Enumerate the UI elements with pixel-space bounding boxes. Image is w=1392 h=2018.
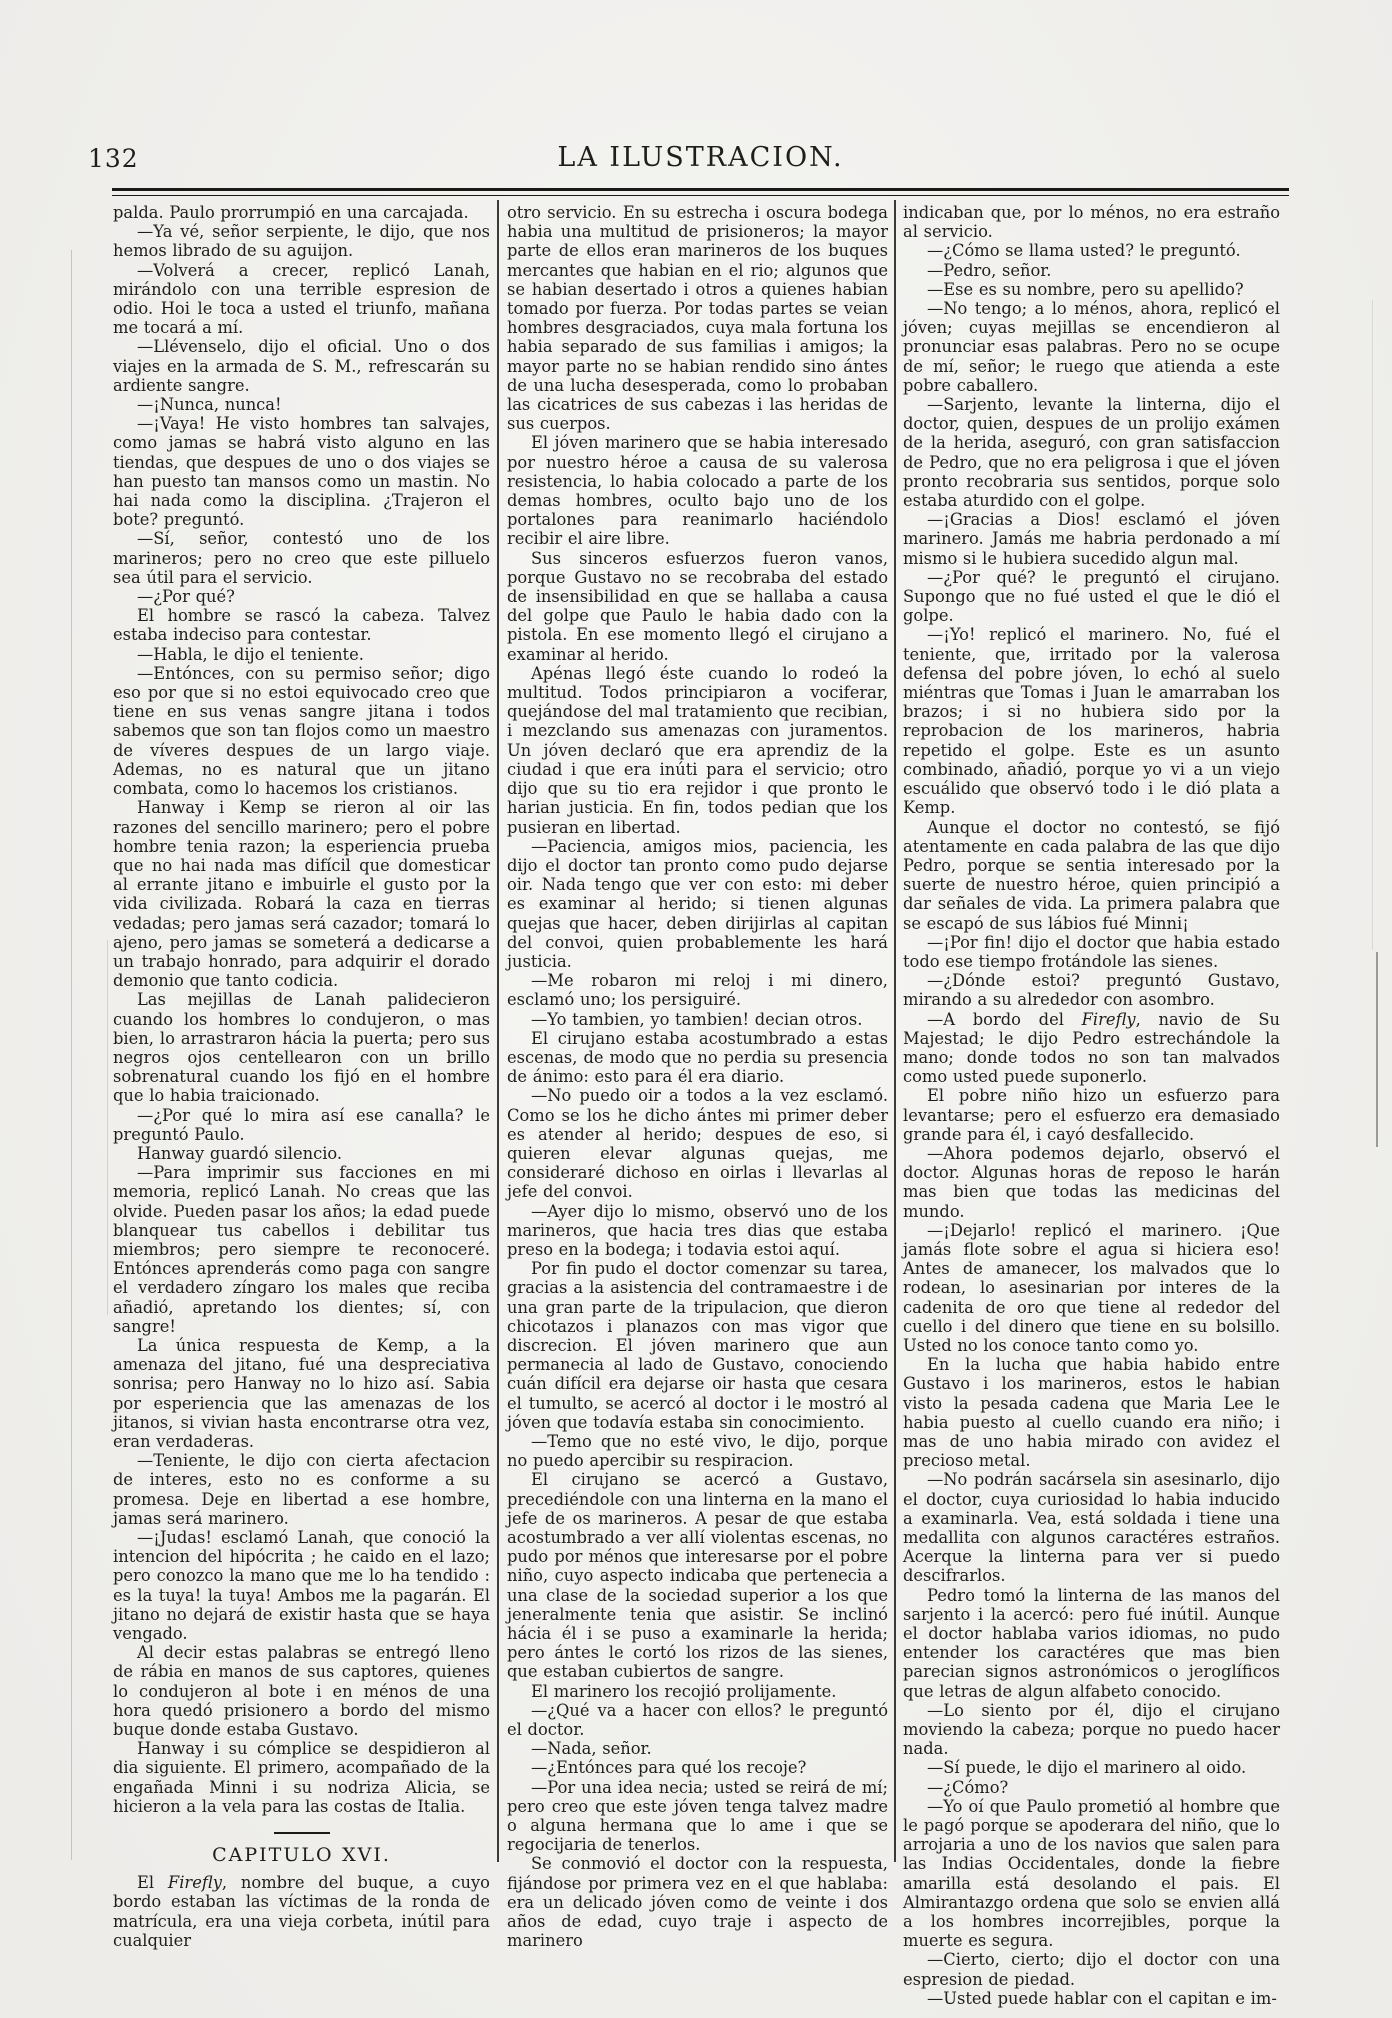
text-paragraph: —¡Yo! replicó el marinero. No, fué el te… [903, 625, 1280, 817]
text-paragraph: —Sí puede, le dijo el marinero al oido. [903, 1758, 1280, 1777]
text-paragraph: —Ya vé, señor serpiente, le dijo, que no… [113, 222, 490, 260]
text-paragraph: —Teniente, le dijo con cierta afectacion… [113, 1451, 490, 1528]
text-paragraph: —¿Por qué? [113, 587, 490, 606]
text-paragraph: Las mejillas de Lanah palidecieron cuand… [113, 990, 490, 1105]
column-divider-left [497, 200, 499, 1862]
text-column-3: indicaban que, por lo ménos, no era estr… [903, 203, 1280, 2008]
text-paragraph: Aunque el doctor no contestó, se fijó at… [903, 818, 1280, 933]
masthead-title: LA ILUSTRACION. [112, 142, 1289, 173]
text-paragraph: —A bordo del Firefly, navio de Su Majest… [903, 1010, 1280, 1087]
text-paragraph: Hanway i su cómplice se despidieron al d… [113, 1739, 490, 1816]
text-paragraph: El pobre niño hizo un esfuerzo para leva… [903, 1086, 1280, 1144]
text-paragraph: El cirujano estaba acostumbrado a estas … [507, 1029, 888, 1087]
text-paragraph: —No podrán sacársela sin asesinarlo, dij… [903, 1470, 1280, 1585]
text-paragraph: Hanway i Kemp se rieron al oir las razon… [113, 798, 490, 990]
text-paragraph: Pedro tomó la linterna de las manos del … [903, 1586, 1280, 1701]
scan-artifact-right-edge [1376, 952, 1378, 1147]
text-paragraph: —¡Dejarlo! replicó el marinero. ¡Que jam… [903, 1221, 1280, 1355]
text-paragraph: —¡Nunca, nunca! [113, 395, 490, 414]
text-paragraph: —Ese es su nombre, pero su apellido? [903, 280, 1280, 299]
text-paragraph: palda. Paulo prorrumpió en una carcajada… [113, 203, 490, 222]
text-paragraph: —Usted puede hablar con el capitan e im- [903, 1989, 1280, 2008]
text-paragraph: —¿Qué va a hacer con ellos? le preguntó … [507, 1701, 888, 1739]
text-column-1: palda. Paulo prorrumpió en una carcajada… [113, 203, 490, 1950]
text-paragraph: —Yo oí que Paulo prometió al hombre que … [903, 1797, 1280, 1951]
section-rule [274, 1832, 330, 1834]
text-paragraph: —¿Por qué? le preguntó el cirujano. Supo… [903, 568, 1280, 626]
text-paragraph: Hanway guardó silencio. [113, 1144, 490, 1163]
text-paragraph: —Yo tambien, yo tambien! decian otros. [507, 1010, 888, 1029]
text-paragraph: El cirujano se acercó a Gustavo, precedi… [507, 1470, 888, 1681]
text-paragraph: —No puedo oir a todos a la vez esclamó. … [507, 1086, 888, 1201]
text-paragraph: —¡Judas! esclamó Lanah, que conoció la i… [113, 1528, 490, 1643]
text-paragraph: El hombre se rascó la cabeza. Talvez est… [113, 606, 490, 644]
scanned-newspaper-page: 132 LA ILUSTRACION. palda. Paulo prorrum… [0, 0, 1392, 2018]
text-paragraph: —¿Cómo? [903, 1778, 1280, 1797]
text-column-2: otro servicio. En su estrecha i oscura b… [507, 203, 888, 1950]
text-paragraph: —Temo que no esté vivo, le dijo, porque … [507, 1432, 888, 1470]
text-paragraph: —Habla, le dijo el teniente. [113, 645, 490, 664]
scan-artifact-fold-line [107, 940, 108, 1315]
text-paragraph: —No tengo; a lo ménos, ahora, replicó el… [903, 299, 1280, 395]
text-paragraph: El jóven marinero que se habia interesad… [507, 433, 888, 548]
text-paragraph: En la lucha que habia habido entre Gusta… [903, 1355, 1280, 1470]
text-paragraph: —Ahora podemos dejarlo, observó el docto… [903, 1144, 1280, 1221]
column-divider-right [894, 200, 896, 1862]
scan-artifact-left-edge [71, 250, 72, 1860]
text-paragraph: —¿Por qué lo mira así ese canalla? le pr… [113, 1106, 490, 1144]
header-double-rule [112, 188, 1289, 196]
text-paragraph: —¡Gracias a Dios! esclamó el jóven marin… [903, 510, 1280, 568]
text-paragraph: —Para imprimir sus facciones en mi memor… [113, 1163, 490, 1336]
text-paragraph: —¡Vaya! He visto hombres tan salvajes, c… [113, 414, 490, 529]
text-paragraph: —Lo siento por él, dijo el cirujano movi… [903, 1701, 1280, 1759]
text-paragraph: —Por una idea necia; usted se reirá de m… [507, 1778, 888, 1855]
text-paragraph: El marinero los recojió prolijamente. [507, 1682, 888, 1701]
chapter-heading: CAPITULO XVI. [113, 1846, 490, 1865]
text-paragraph: —¿Cómo se llama usted? le preguntó. [903, 241, 1280, 260]
text-paragraph: —Nada, señor. [507, 1739, 888, 1758]
text-paragraph: —Volverá a crecer, replicó Lanah, miránd… [113, 261, 490, 338]
scan-artifact-right-edge-faint [1372, 300, 1373, 950]
text-paragraph: —Sarjento, levante la linterna, dijo el … [903, 395, 1280, 510]
text-paragraph: indicaban que, por lo ménos, no era estr… [903, 203, 1280, 241]
text-paragraph: Sus sinceros esfuerzos fueron vanos, por… [507, 549, 888, 664]
text-paragraph: Por fin pudo el doctor comenzar su tarea… [507, 1259, 888, 1432]
text-paragraph: La única respuesta de Kemp, a la amenaza… [113, 1336, 490, 1451]
text-paragraph: —Llévenselo, dijo el oficial. Uno o dos … [113, 337, 490, 395]
text-paragraph: Al decir estas palabras se entregó lleno… [113, 1643, 490, 1739]
text-paragraph: —Sí, señor, contestó uno de los marinero… [113, 529, 490, 587]
text-paragraph: —Me robaron mi reloj i mi dinero, esclam… [507, 971, 888, 1009]
text-paragraph: —¡Por fin! dijo el doctor que habia esta… [903, 933, 1280, 971]
text-paragraph: El Firefly, nombre del buque, a cuyo bor… [113, 1873, 490, 1950]
text-paragraph: Se conmovió el doctor con la respuesta, … [507, 1854, 888, 1950]
text-paragraph: —¿Dónde estoi? preguntó Gustavo, mirando… [903, 971, 1280, 1009]
text-paragraph: otro servicio. En su estrecha i oscura b… [507, 203, 888, 433]
text-paragraph: —Paciencia, amigos mios, paciencia, les … [507, 837, 888, 971]
text-paragraph: —Entónces, con su permiso señor; digo es… [113, 664, 490, 798]
text-paragraph: —Cierto, cierto; dijo el doctor con una … [903, 1950, 1280, 1988]
text-paragraph: Apénas llegó éste cuando lo rodeó la mul… [507, 664, 888, 837]
text-paragraph: —Ayer dijo lo mismo, observó uno de los … [507, 1202, 888, 1260]
text-paragraph: —¿Entónces para qué los recoje? [507, 1758, 888, 1777]
text-paragraph: —Pedro, señor. [903, 261, 1280, 280]
